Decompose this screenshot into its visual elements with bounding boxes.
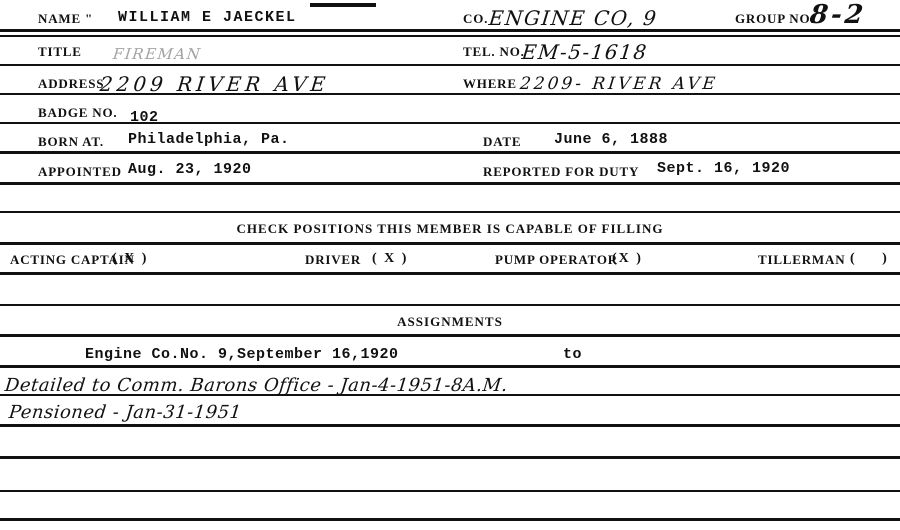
where-label: WHERE <box>463 76 517 92</box>
personnel-record-card: NAME " WILLIAM E JAECKEL CO. ENGINE CO, … <box>0 0 900 530</box>
group-no-label: GROUP NO. <box>735 11 814 27</box>
rule-line <box>0 242 900 245</box>
rule-line <box>0 272 900 275</box>
born-at-label: BORN AT. <box>38 134 104 150</box>
assignment-line-1: Engine Co.No. 9,September 16,1920 <box>85 346 399 363</box>
company-value: ENGINE CO, 9 <box>488 6 659 30</box>
appointed-label: APPOINTED <box>38 164 122 180</box>
name-value: WILLIAM E JAECKEL <box>118 9 297 26</box>
position-tillerman-label: TILLERMAN <box>758 252 845 268</box>
assignment-line-3-handwritten: Pensioned - Jan-31-1951 <box>8 402 243 423</box>
position-acting-captain-mark: ( X ) <box>112 251 148 267</box>
rule-line <box>0 334 900 337</box>
rule-line <box>0 35 900 37</box>
assignment-line-1-to: to <box>563 346 582 363</box>
address-value: 2209 RIVER AVE <box>99 72 331 96</box>
badge-no-value: 102 <box>130 109 159 126</box>
scan-artifact-mark <box>310 3 376 7</box>
tel-no-label: TEL. NO. <box>463 44 525 60</box>
rule-line <box>0 211 900 213</box>
assignments-section-header: ASSIGNMENTS <box>0 314 900 330</box>
position-driver-label: DRIVER <box>305 252 361 268</box>
rule-line <box>0 424 900 427</box>
position-driver-mark: ( X ) <box>372 251 408 267</box>
rule-line <box>0 490 900 492</box>
title-label: TITLE <box>38 44 82 60</box>
rule-line <box>0 456 900 459</box>
address-label: ADDRESS <box>38 76 104 92</box>
rule-line <box>0 29 900 32</box>
rule-line <box>0 182 900 185</box>
title-value: FIREMAN <box>112 45 202 63</box>
reported-for-duty-label: REPORTED FOR DUTY <box>483 164 639 180</box>
rule-line <box>0 304 900 306</box>
assignment-line-2-handwritten: Detailed to Comm. Barons Office - Jan-4-… <box>4 375 509 396</box>
company-label: CO. <box>463 11 488 27</box>
rule-line <box>0 518 900 521</box>
where-value: 2209- RIVER AVE <box>519 74 719 94</box>
positions-section-header: CHECK POSITIONS THIS MEMBER IS CAPABLE O… <box>0 221 900 237</box>
position-tillerman-mark: ( ) <box>850 251 899 267</box>
badge-no-label: BADGE NO. <box>38 105 117 121</box>
rule-line <box>0 365 900 368</box>
group-no-value: 8-2 <box>808 0 867 30</box>
position-pump-operator-mark: (X ) <box>612 251 643 267</box>
name-label: NAME " <box>38 11 93 27</box>
rule-line <box>0 64 900 66</box>
date-value: June 6, 1888 <box>554 131 668 148</box>
rule-line <box>0 151 900 154</box>
reported-for-duty-value: Sept. 16, 1920 <box>657 160 790 177</box>
appointed-value: Aug. 23, 1920 <box>128 161 252 178</box>
position-pump-operator-label: PUMP OPERATOR <box>495 252 618 268</box>
date-label: DATE <box>483 134 521 150</box>
tel-no-value: EM-5-1618 <box>521 40 649 64</box>
born-at-value: Philadelphia, Pa. <box>128 131 290 148</box>
